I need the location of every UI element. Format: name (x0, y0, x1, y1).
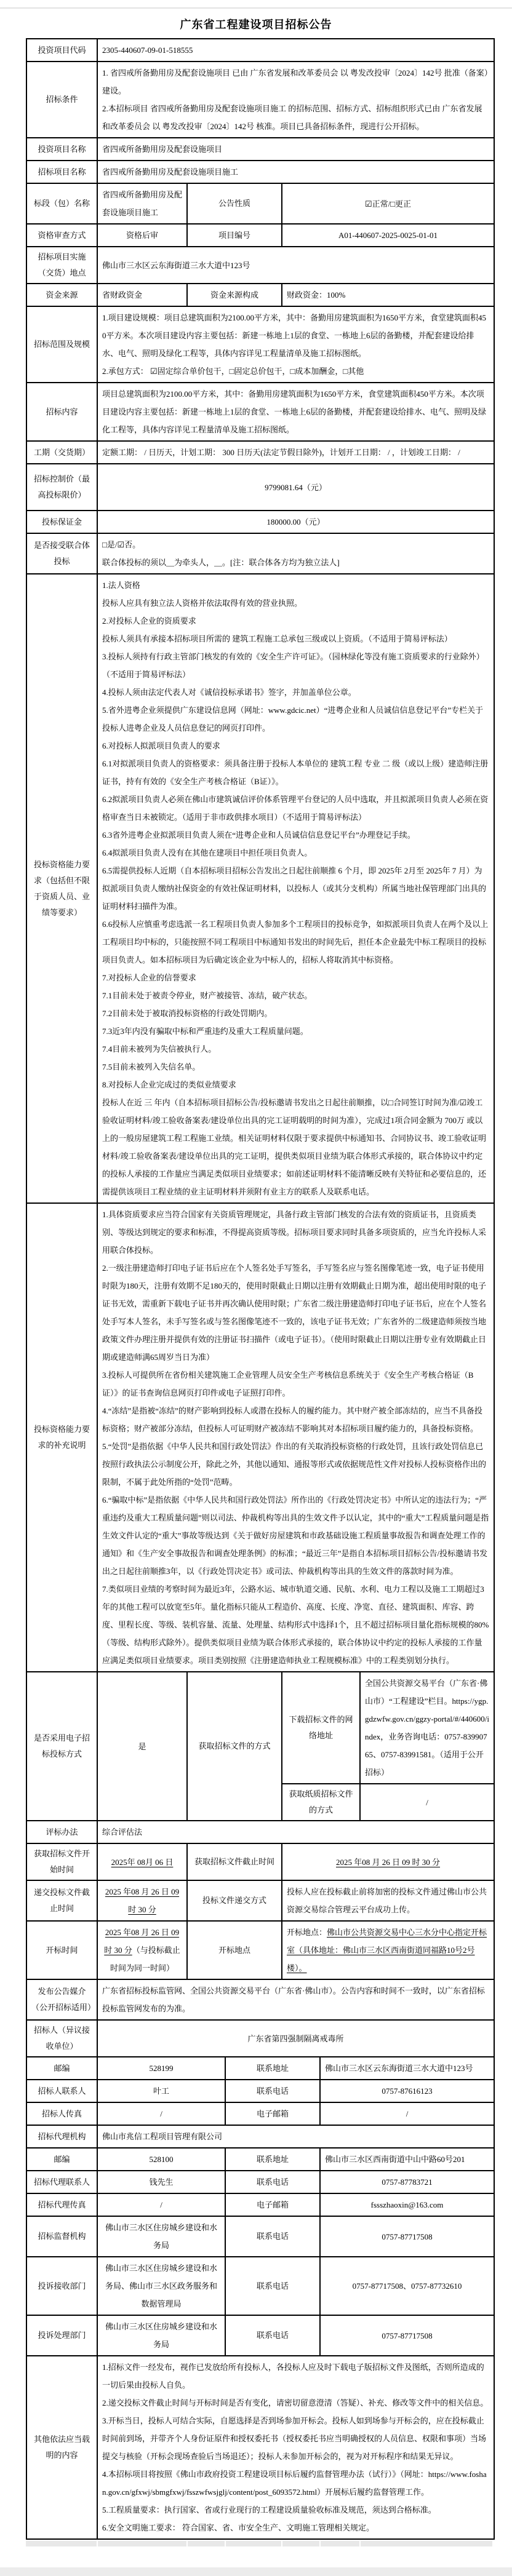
overflow-strip-cell (188, 2541, 225, 2546)
row-tenderer-postcode: 邮编 528199 联系地址 佛山市三水区云东海街道三水大道中123号 (26, 2057, 494, 2080)
section-name-label: 标段（包）名称 (26, 183, 97, 224)
evaluation-method-value: 综合评估法 (97, 1821, 494, 1843)
tender-conditions-label: 招标条件 (26, 62, 97, 138)
row-duration: 工期（交货期） 定额工期： / 日历天，计划工期： 300 日历天(法定节假日除… (26, 441, 494, 464)
tender-content-value: 项目总建筑面积为2100.00平方米，其中：备勤用房建筑面积为1650平方米，食… (97, 383, 494, 441)
qualification-supplement-label: 投标资格能力要求的补充说明 (26, 1203, 97, 1672)
complaint-receiving-label: 投诉接收部门 (26, 2257, 97, 2315)
bid-submission-deadline-label: 递交投标文件截止时间 (26, 1880, 97, 1921)
paper-doc-method-label: 获取纸质招标文件的方式 (282, 1784, 360, 1821)
evaluation-method-label: 评标办法 (26, 1821, 97, 1843)
supervisor-value: 佛山市三水区住房城乡建设和水务局 (97, 2216, 225, 2257)
doc-obtain-method-label: 获取招标文件的方式 (187, 1672, 282, 1821)
complaint-handling-phone-label: 联系电话 (225, 2315, 320, 2356)
duration-value: 定额工期： / 日历天，计划工期： 300 日历天(法定节假日除外)，计划开工日… (97, 441, 494, 464)
project-number-value: A01-440607-2025-0025-01-01 (282, 224, 494, 247)
electronic-bidding-label: 是否采用电子招标投标方式 (26, 1672, 97, 1821)
qualification-supplement-value: 1.具体资质要求应当符合国家有关资质管理规定，具备行政主管部门核发的合法有效的资… (97, 1203, 494, 1672)
notice-nature-label: 公告性质 (187, 183, 282, 224)
control-price-label: 招标控制价（最高投标限价） (26, 464, 97, 511)
agency-email-label: 电子邮箱 (225, 2193, 320, 2216)
agency-fax-label: 招标代理传真 (26, 2193, 97, 2216)
row-other-content: 其他依法应当载明的内容 1.招标文件一经发布，视作已发放给所有投标人，各投标人应… (26, 2356, 494, 2539)
tenderer-label: 招标人（异议接收单位） (26, 2020, 97, 2057)
row-supervisor: 招标监督机构 佛山市三水区住房城乡建设和水务局 联系电话 0757-877175… (26, 2216, 494, 2257)
agency-value: 佛山市兆信工程项目管理有限公司 (97, 2125, 494, 2148)
doc-download-address-value: 全国公共资源交易平台（广东省·佛山市）“工程建设”栏目。https://ygp.… (360, 1672, 494, 1784)
agency-postcode-label: 邮编 (26, 2148, 97, 2171)
row-announcement-media: 发布公告媒介（公开招标适用） 广东省招标投标监管网、全国公共资源交易平台（广东省… (26, 1979, 494, 2020)
doc-obtain-start-value: 2025年 08月 06 日 (97, 1843, 187, 1880)
tender-project-name-label: 招标项目名称 (26, 161, 97, 183)
doc-obtain-deadline-value: 2025 年08 月 26 日 09 时 30 分 (282, 1843, 494, 1880)
row-tender-conditions: 招标条件 1. 省四戒所备勤用房及配套设施项目 已由 广东省发展和改革委员会 以… (26, 62, 494, 138)
bid-submission-method-label: 投标文件递交方式 (187, 1880, 282, 1921)
row-agency: 招标代理机构 佛山市兆信工程项目管理有限公司 (26, 2125, 494, 2148)
row-tender-content: 招标内容 项目总建筑面积为2100.00平方米，其中：备勤用房建筑面积为1650… (26, 383, 494, 441)
bid-opening-time-label: 开标时间 (26, 1921, 97, 1979)
supervisor-phone-label: 联系电话 (225, 2216, 320, 2257)
overflow-strip-cell (26, 2541, 97, 2546)
tenderer-address-value: 佛山市三水区云东海街道三水大道中123号 (320, 2057, 494, 2080)
doc-obtain-start-label: 获取招标文件开始时间 (26, 1843, 97, 1880)
funding-source-value: 省财政资金 (97, 284, 187, 306)
supervisor-label: 招标监督机构 (26, 2216, 97, 2257)
row-qualification-method: 资格审查方式 资格后审 项目编号 A01-440607-2025-0025-01… (26, 224, 494, 247)
tender-project-name-value: 省四戒所备勤用房及配套设施项目施工 (97, 161, 494, 183)
row-qualification-requirements: 投标资格能力要求（包括但不限于资质人员、业绩等要求） 1.法人资格 投标人应具有… (26, 574, 494, 1203)
other-content-value: 1.招标文件一经发布，视作已发放给所有投标人，各投标人应及时下载电子版招标文件及… (97, 2356, 494, 2539)
bid-opening-place-value: 开标地点：佛山市公共资源交易中心三水分中心指定开标室（具体地址：佛山市三水区西南… (282, 1921, 494, 1979)
tender-conditions-value: 1. 省四戒所备勤用房及配套设施项目 已由 广东省发展和改革委员会 以 粤发改投… (97, 62, 494, 138)
complaint-receiving-phone-value: 0757-87717508、0757-87732610 (320, 2257, 494, 2315)
announcement-media-label: 发布公告媒介（公开招标适用） (26, 1979, 97, 2020)
duration-label: 工期（交货期） (26, 441, 97, 464)
row-bid-deposit: 投标保证金 180000.00（元） (26, 511, 494, 533)
agency-label: 招标代理机构 (26, 2125, 97, 2148)
complaint-handling-phone-value: 0757-87717508 (320, 2315, 494, 2356)
row-electronic-bidding: 是否采用电子招标投标方式 是 获取招标文件的方式 下载招标文件的网络地址 全国公… (26, 1672, 494, 1784)
row-investment-code: 投资项目代码 2305-440607-09-01-518555 (26, 39, 494, 62)
tender-scope-label: 招标范围及规模 (26, 306, 97, 383)
tenderer-contact-value: 叶工 (97, 2080, 225, 2102)
other-content-label: 其他依法应当载明的内容 (26, 2356, 97, 2539)
investment-name-value: 省四戒所备勤用房及配套设施项目 (97, 138, 494, 161)
row-agency-fax: 招标代理传真 / 电子邮箱 fssszhaoxin@163.com (26, 2193, 494, 2216)
tender-content-label: 招标内容 (26, 383, 97, 441)
investment-name-label: 投资项目名称 (26, 138, 97, 161)
row-section-name: 标段（包）名称 省四戒所备勤用房及配套设施项目施工 公告性质 ☑正常/□更正 (26, 183, 494, 224)
investment-code-label: 投资项目代码 (26, 39, 97, 62)
tenderer-phone-value: 0757-87616123 (320, 2080, 494, 2102)
delivery-location-label: 招标项目实施（交货）地点 (26, 247, 97, 284)
bid-opening-time-value: 2025 年08 月 26 日 09 时 30 分（与投标截止时间为同一时间） (97, 1921, 187, 1979)
agency-address-label: 联系地址 (225, 2148, 320, 2171)
row-complaint-handling: 投诉处理部门 佛山市三水区住房城乡建设和水务局 联系电话 0757-877175… (26, 2315, 494, 2356)
tenderer-phone-label: 联系电话 (225, 2080, 320, 2102)
bid-deposit-label: 投标保证金 (26, 511, 97, 533)
qualification-method-label: 资格审查方式 (26, 224, 97, 247)
paper-doc-method-value: / (360, 1784, 494, 1821)
project-number-label: 项目编号 (187, 224, 282, 247)
row-tenderer-contact: 招标人联系人 叶工 联系电话 0757-87616123 (26, 2080, 494, 2102)
agency-postcode-value: 528100 (97, 2148, 225, 2171)
qualification-method-value: 资格后审 (97, 224, 187, 247)
tenderer-address-label: 联系地址 (225, 2057, 320, 2080)
row-tender-scope: 招标范围及规模 1.项目建设规模：项目总建筑面积为2100.00平方米，其中：备… (26, 306, 494, 383)
complaint-receiving-value: 佛山市三水区住房城乡建设和水务局、佛山市三水区政务服务和数据管理局 (97, 2257, 225, 2315)
tenderer-contact-label: 招标人联系人 (26, 2080, 97, 2102)
tenderer-postcode-value: 528199 (97, 2057, 225, 2080)
overflow-strip-cell (98, 2541, 186, 2546)
overflow-strip-cell (282, 2541, 319, 2546)
row-investment-name: 投资项目名称 省四戒所备勤用房及配套设施项目 (26, 138, 494, 161)
tenderer-value: 广东省第四强制隔离戒毒所 (97, 2020, 494, 2057)
bid-opening-place-label: 开标地点 (187, 1921, 282, 1979)
agency-phone-label: 联系电话 (225, 2171, 320, 2193)
investment-code-value: 2305-440607-09-01-518555 (97, 39, 494, 62)
delivery-location-value: 佛山市三水区云东海街道三水大道中123号 (97, 247, 494, 284)
electronic-bidding-value: 是 (97, 1672, 187, 1821)
overflow-strip-cell (321, 2541, 359, 2546)
complaint-receiving-phone-label: 联系电话 (225, 2257, 320, 2315)
funding-composition-label: 资金来源构成 (187, 284, 282, 306)
qualification-requirements-value: 1.法人资格 投标人应具有独立法人资格并依法取得有效的营业执照。 2.对投标人企… (97, 574, 494, 1203)
row-qualification-supplement: 投标资格能力要求的补充说明 1.具体资质要求应当符合国家有关资质管理规定，具备行… (26, 1203, 494, 1672)
row-complaint-receiving: 投诉接收部门 佛山市三水区住房城乡建设和水务局、佛山市三水区政务服务和数据管理局… (26, 2257, 494, 2315)
row-funding-source: 资金来源 省财政资金 资金来源构成 财政资金：100% (26, 284, 494, 306)
table-overflow-strip (26, 2541, 494, 2546)
tenderer-fax-value: / (97, 2102, 225, 2125)
row-control-price: 招标控制价（最高投标限价） 9799081.64（元） (26, 464, 494, 511)
tenderer-postcode-label: 邮编 (26, 2057, 97, 2080)
tender-announcement-table: 投资项目代码 2305-440607-09-01-518555 招标条件 1. … (26, 38, 495, 2540)
bottom-divider (0, 2567, 512, 2576)
complaint-handling-label: 投诉处理部门 (26, 2315, 97, 2356)
row-bid-submission: 递交投标文件截止时间 2025 年08 月 26 日 09 时 30 分 投标文… (26, 1880, 494, 1921)
agency-fax-value: / (97, 2193, 225, 2216)
overflow-strip-cell (226, 2541, 281, 2546)
row-tenderer-fax: 招标人传真 / 电子邮箱 / (26, 2102, 494, 2125)
overflow-strip-cell (361, 2541, 492, 2546)
section-name-value: 省四戒所备勤用房及配套设施项目施工 (97, 183, 187, 224)
consortium-label: 是否接受联合体投标 (26, 533, 97, 574)
tenderer-email-label: 电子邮箱 (225, 2102, 320, 2125)
funding-composition-value: 财政资金：100% (282, 284, 494, 306)
agency-email-value: fssszhaoxin@163.com (320, 2193, 494, 2216)
agency-contact-value: 钱先生 (97, 2171, 225, 2193)
row-tenderer: 招标人（异议接收单位） 广东省第四强制隔离戒毒所 (26, 2020, 494, 2057)
consortium-value: □是/☑否。 联合体投标的须以＿为牵头人，＿。[注：联合体各方均为独立法人] (97, 533, 494, 574)
qualification-requirements-label: 投标资格能力要求（包括但不限于资质人员、业绩等要求） (26, 574, 97, 1203)
funding-source-label: 资金来源 (26, 284, 97, 306)
row-consortium: 是否接受联合体投标 □是/☑否。 联合体投标的须以＿为牵头人，＿。[注：联合体各… (26, 533, 494, 574)
agency-phone-value: 0757-87783721 (320, 2171, 494, 2193)
tenderer-email-value: / (320, 2102, 494, 2125)
agency-contact-label: 招标代理联系人 (26, 2171, 97, 2193)
control-price-value: 9799081.64（元） (97, 464, 494, 511)
bid-deposit-value: 180000.00（元） (97, 511, 494, 533)
row-bid-opening: 开标时间 2025 年08 月 26 日 09 时 30 分（与投标截止时间为同… (26, 1921, 494, 1979)
doc-obtain-deadline-label: 获取招标文件截止时间 (187, 1843, 282, 1880)
tenderer-fax-label: 招标人传真 (26, 2102, 97, 2125)
doc-download-address-label: 下载招标文件的网络地址 (282, 1672, 360, 1784)
announcement-media-value: 广东省招标投标监管网、全国公共资源交易平台（广东省·佛山市）。公告内容和时间不一… (97, 1979, 494, 2020)
bid-submission-deadline-value: 2025 年08 月 26 日 09 时 30 分 (97, 1880, 187, 1921)
row-agency-contact: 招标代理联系人 钱先生 联系电话 0757-87783721 (26, 2171, 494, 2193)
bid-submission-method-value: 投标人应在投标截止前将加密的投标文件通过佛山市公共资源交易综合管理云平台成功上传… (282, 1880, 494, 1921)
row-tender-project-name: 招标项目名称 省四戒所备勤用房及配套设施项目施工 (26, 161, 494, 183)
bid-opening-place-prefix: 开标地点： (287, 1928, 327, 1937)
supervisor-phone-value: 0757-87717508 (320, 2216, 494, 2257)
page-title: 广东省工程建设项目招标公告 (0, 9, 512, 38)
row-agency-postcode: 邮编 528100 联系地址 佛山市三水区西南街道中山中路60号201 (26, 2148, 494, 2171)
complaint-handling-value: 佛山市三水区住房城乡建设和水务局 (97, 2315, 225, 2356)
notice-nature-value: ☑正常/□更正 (282, 183, 494, 224)
row-doc-obtain-time: 获取招标文件开始时间 2025年 08月 06 日 获取招标文件截止时间 202… (26, 1843, 494, 1880)
row-delivery-location: 招标项目实施（交货）地点 佛山市三水区云东海街道三水大道中123号 (26, 247, 494, 284)
row-evaluation-method: 评标办法 综合评估法 (26, 1821, 494, 1843)
tender-scope-value: 1.项目建设规模：项目总建筑面积为2100.00平方米，其中：备勤用房建筑面积为… (97, 306, 494, 383)
agency-address-value: 佛山市三水区西南街道中山中路60号201 (320, 2148, 494, 2171)
top-divider (0, 0, 512, 9)
